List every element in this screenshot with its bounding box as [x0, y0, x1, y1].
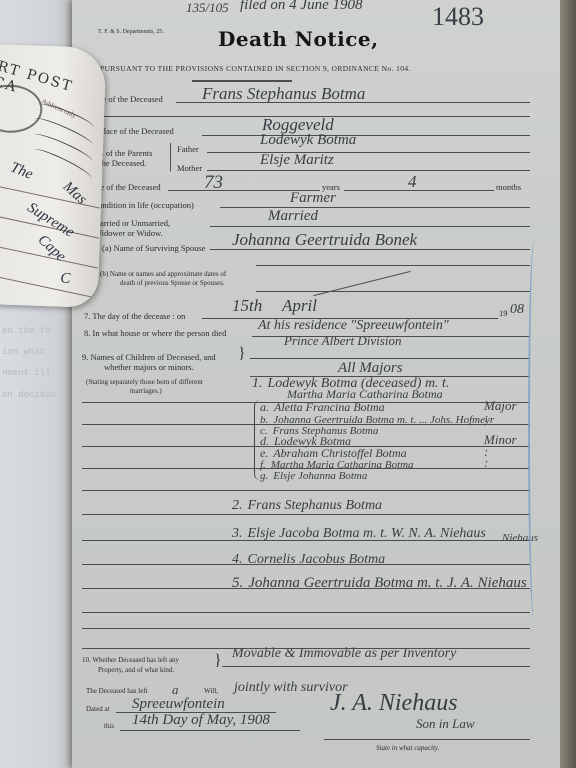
- value-occupation: Farmer: [290, 190, 336, 207]
- label-property-2: Property, and of what kind.: [98, 666, 174, 674]
- value-marital: Married: [268, 208, 318, 225]
- child-number: 2.: [232, 498, 243, 513]
- children-note-2: marriages.): [130, 387, 162, 395]
- postcard-address-line: C: [60, 271, 71, 288]
- child-entry: 2.Frans Stephanus Botma: [232, 496, 382, 514]
- binding-edge: [560, 0, 576, 768]
- form-code: T. F. & S. Departments, 25.: [98, 29, 164, 35]
- value-dated-at: Spreeuwfontein: [132, 696, 225, 713]
- capacity-label: State in what capacity.: [376, 744, 439, 752]
- label-mother: Mother: [177, 163, 202, 173]
- child-number: g.: [260, 470, 268, 482]
- ghost-text: nment ill: [2, 368, 51, 378]
- signature-capacity: Son in Law: [416, 716, 475, 732]
- page-subtitle: PURSUANT TO THE PROVISIONS CONTAINED IN …: [100, 64, 411, 73]
- child-name: Frans Stephanus Botma: [248, 498, 383, 513]
- value-death-month: April: [282, 296, 317, 316]
- filed-annotation: filed on 4 June 1908: [240, 0, 362, 14]
- label-date-of-death: 7. The day of the decease : on: [84, 311, 185, 321]
- label-place-of-death: 8. In what house or where the person die…: [84, 328, 226, 338]
- label-marital-2: Widower or Widow.: [94, 228, 163, 238]
- ghost-text: on decidin: [2, 390, 56, 400]
- page-title: Death Notice,: [218, 27, 379, 51]
- notice-number: 1483: [432, 2, 484, 32]
- label-previous-spouse: (b) Name or names and approximate dates …: [100, 270, 226, 278]
- value-spouse: Johanna Geertruida Bonek: [232, 230, 417, 250]
- label-father: Father: [177, 144, 199, 154]
- label-previous-spouse-2: death of previous Spouse or Spouses.: [120, 279, 225, 287]
- child-entry: 5.Johanna Geertruida Botma m. t. J. A. N…: [232, 574, 527, 592]
- label-months: months: [496, 182, 521, 192]
- child-entry: 4.Cornelis Jacobus Botma: [232, 550, 385, 568]
- label-children: 9. Names of Children of Deceased, and: [82, 352, 216, 362]
- value-this-day: 14th Day of May, 1908: [132, 712, 270, 729]
- signature: J. A. Niehaus: [330, 690, 458, 717]
- postcard: RT POST CA Address only The Mas Supreme …: [0, 44, 107, 308]
- fraction-annotation: 135/105: [186, 0, 229, 16]
- value-death-day: 15th: [232, 296, 262, 316]
- value-place-line1: At his residence "Spreeuwfontein": [258, 318, 449, 334]
- blue-pencil-mark: [528, 240, 540, 620]
- ghost-text: ion whic: [2, 347, 45, 357]
- value-name: Frans Stephanus Botma: [202, 84, 365, 104]
- child-name: Elsje Johanna Botma: [273, 470, 367, 482]
- value-father: Lodewyk Botma: [260, 132, 356, 149]
- year-prefix: 19: [499, 308, 508, 318]
- value-mother: Elsje Maritz: [260, 152, 334, 169]
- label-dated-at: Dated at: [86, 705, 110, 713]
- value-age-months: 4: [408, 172, 417, 192]
- child-name: Elsje Jacoba Botma m. t. W. N. A. Niehau…: [248, 526, 486, 541]
- postcard-address-line: Supreme: [24, 200, 77, 242]
- child-number: 1.: [252, 376, 263, 391]
- label-spouse: (a) Name of Surviving Spouse: [102, 243, 205, 253]
- postcard-address-line: The: [8, 160, 35, 184]
- children-note: (Stating separately those born of differ…: [86, 378, 203, 386]
- death-notice-form: T. F. & S. Departments, 25. 135/105 file…: [72, 0, 562, 768]
- label-children-2: whether majors or minors.: [104, 362, 194, 372]
- value-death-year: 08: [510, 302, 524, 318]
- label-will-prefix: The Deceased has left: [86, 687, 148, 695]
- ghost-text: ed the fo: [2, 326, 51, 336]
- child-number: 3.: [232, 526, 243, 541]
- label-will-suffix: Will,: [204, 687, 218, 695]
- label-this: this: [104, 722, 114, 730]
- label-property: 10. Whether Deceased has left any: [82, 656, 179, 664]
